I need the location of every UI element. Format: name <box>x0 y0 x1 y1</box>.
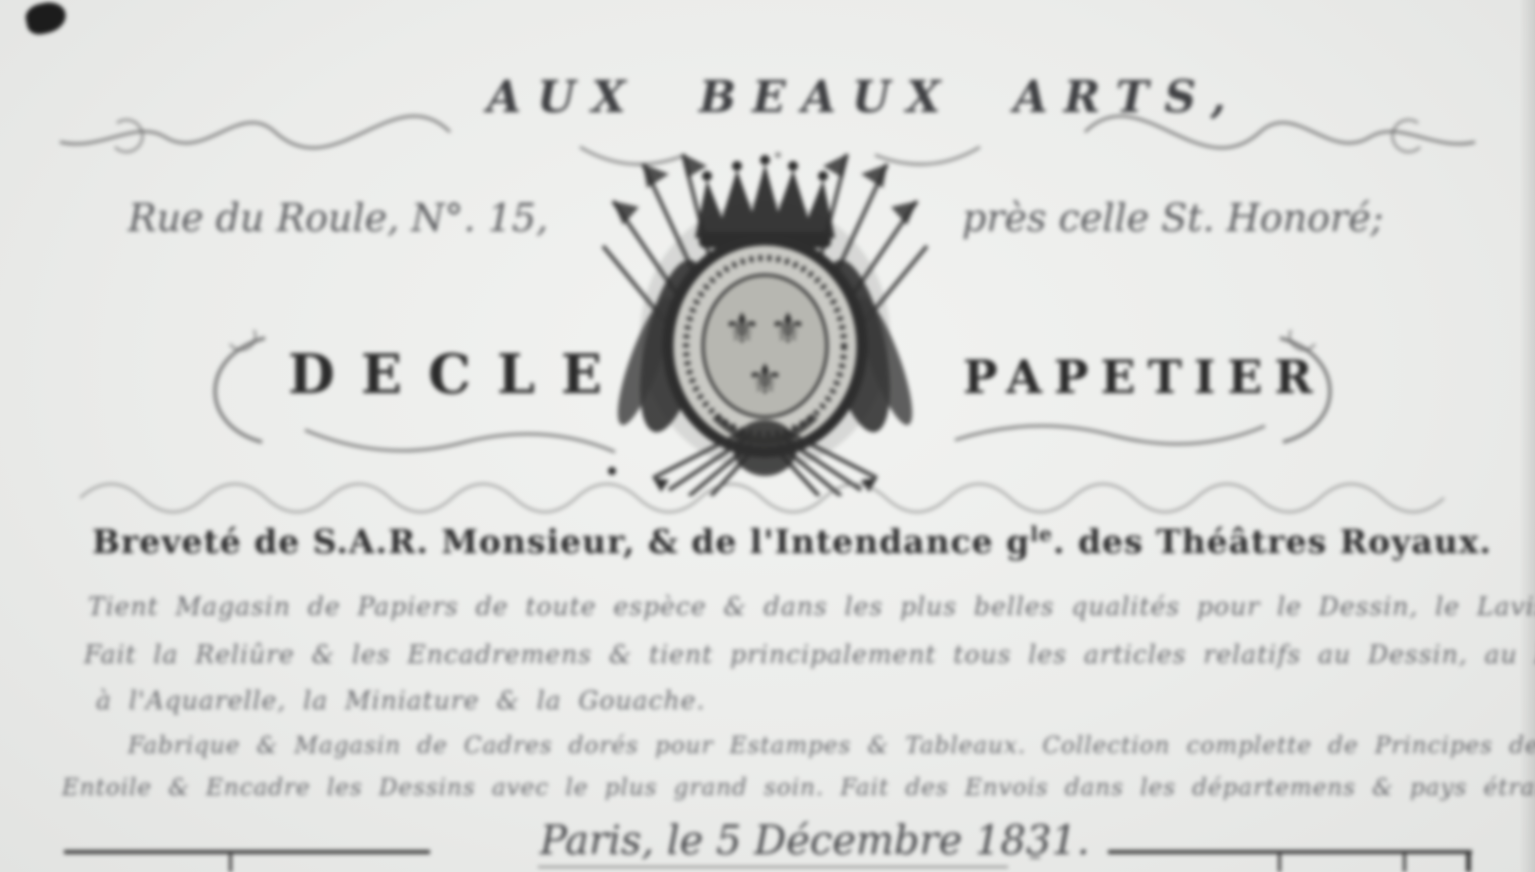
dateline: Paris, le 5 Décembre 1831. <box>540 818 1090 864</box>
table-divider <box>1278 854 1281 872</box>
table-border-right <box>1108 850 1472 854</box>
ornament-band <box>80 478 1455 514</box>
fleur-de-lis-icon: ⚜ <box>769 304 807 353</box>
royal-coat-of-arms-icon: ⚜ ⚜ ⚜ <box>595 146 935 496</box>
table-divider <box>1403 854 1406 872</box>
patent-text-end: . des Théâtres Royaux. <box>1053 522 1492 561</box>
patent-text: Breveté de S.A.R. Monsieur, & de l'Inten… <box>92 522 1030 561</box>
body-line: Fait la Reliûre & les Encadremens & tien… <box>84 640 1535 669</box>
papetier-flourish <box>1265 330 1375 450</box>
scanned-trade-card: AUX BEAUX ARTS, Rue du Roule, N°. 15, pr… <box>0 0 1535 872</box>
fleur-de-lis-icon: ⚜ <box>723 304 761 353</box>
dateline-rule <box>538 866 1008 868</box>
scan-content: AUX BEAUX ARTS, Rue du Roule, N°. 15, pr… <box>0 0 1535 872</box>
body-line: Tient Magasin de Papiers de toute espèce… <box>88 592 1535 621</box>
table-divider <box>229 854 232 872</box>
address-left: Rue du Roule, N°. 15, <box>128 196 548 240</box>
papetier-underswash <box>950 418 1270 458</box>
body-line: Entoile & Encadre les Dessins avec le pl… <box>62 775 1535 801</box>
patent-line: Breveté de S.A.R. Monsieur, & de l'Inten… <box>92 522 1492 561</box>
body-line: à l'Aquarelle, la Miniature & la Gouache… <box>96 686 705 715</box>
table-border-left <box>64 850 430 854</box>
table-tick <box>1030 856 1040 859</box>
scan-edge-shadow <box>1519 0 1535 872</box>
fleur-de-lis-icon: ⚜ <box>746 355 784 404</box>
address-right: près celle St. Honoré; <box>962 196 1384 240</box>
patent-superscript: le <box>1030 522 1053 546</box>
decle-underswash <box>300 418 620 458</box>
table-corner <box>1466 852 1471 872</box>
body-line: Fabrique & Magasin de Cadres dorés pour … <box>128 733 1535 759</box>
merchant-name: DECLE <box>288 342 628 406</box>
ink-blot-artifact <box>23 0 68 37</box>
decle-flourish <box>170 330 280 450</box>
page-title: AUX BEAUX ARTS, <box>487 72 1242 123</box>
title-flourish-left <box>55 92 455 182</box>
